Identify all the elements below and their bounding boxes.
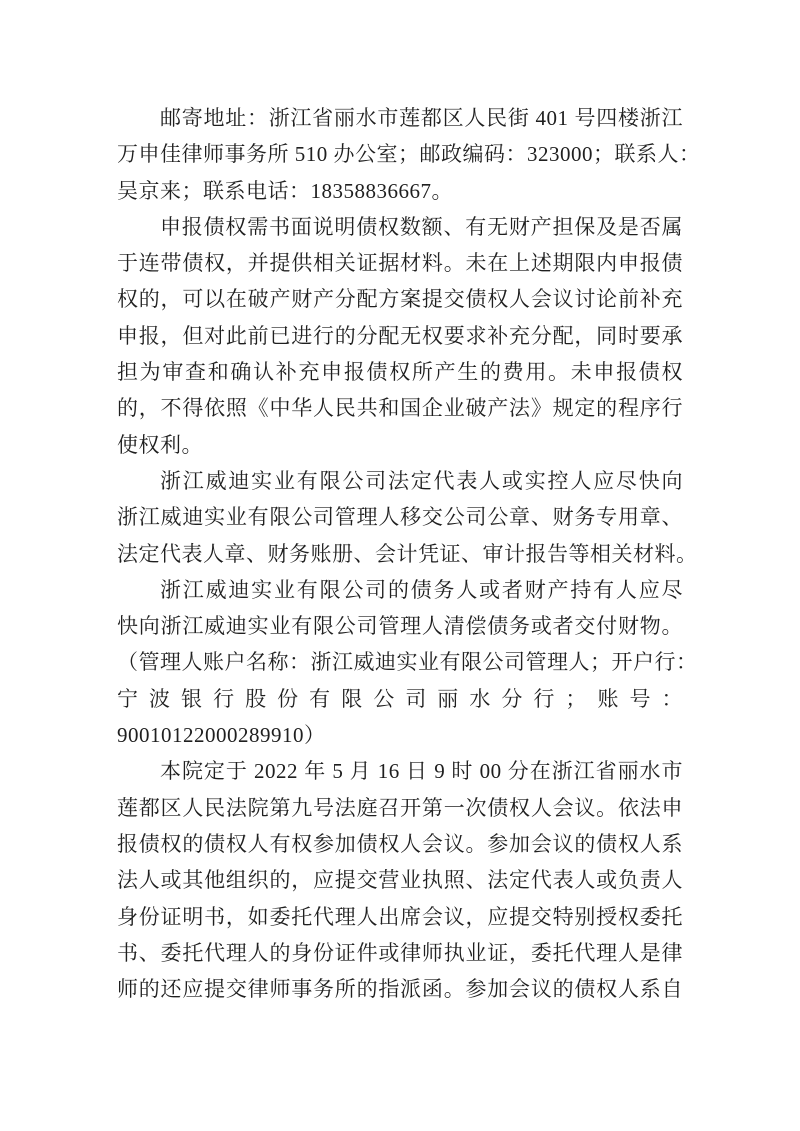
text-line: 90010122000289910）: [117, 717, 683, 753]
text-line: 担为审查和确认补充申报债权所产生的费用。未申报债权: [117, 354, 683, 390]
text-line: 书、委托代理人的身份证件或律师执业证，委托代理人是律: [117, 935, 683, 971]
text-line: 浙江威迪实业有限公司管理人移交公司公章、财务专用章、: [117, 499, 683, 535]
text-line: 法人或其他组织的，应提交营业执照、法定代表人或负责人: [117, 862, 683, 898]
text-line: （管理人账户名称：浙江威迪实业有限公司管理人；开户行：: [117, 644, 683, 680]
text-line: 申报，但对此前已进行的分配无权要求补充分配，同时要承: [117, 318, 683, 354]
text-line: 莲都区人民法院第九号法庭召开第一次债权人会议。依法申: [117, 790, 683, 826]
text-line: 快向浙江威迪实业有限公司管理人清偿债务或者交付财物。: [117, 608, 683, 644]
text-line: 万申佳律师事务所 510 办公室；邮政编码：323000；联系人：: [117, 136, 683, 172]
text-line: 权的，可以在破产财产分配方案提交债权人会议讨论前补充: [117, 281, 683, 317]
text-line: 宁波银行股份有限公司丽水分行；账号：: [117, 681, 683, 717]
text-line: 使权利。: [117, 427, 683, 463]
text-line: 本院定于 2022 年 5 月 16 日 9 时 00 分在浙江省丽水市: [117, 753, 683, 789]
text-line: 邮寄地址：浙江省丽水市莲都区人民街 401 号四楼浙江: [117, 100, 683, 136]
text-line: 师的还应提交律师事务所的指派函。参加会议的债权人系自: [117, 971, 683, 1007]
text-line: 申报债权需书面说明债权数额、有无财产担保及是否属: [117, 209, 683, 245]
text-line: 的，不得依照《中华人民共和国企业破产法》规定的程序行: [117, 390, 683, 426]
document-body: 邮寄地址：浙江省丽水市莲都区人民街 401 号四楼浙江万申佳律师事务所 510 …: [117, 100, 683, 1007]
text-line: 法定代表人章、财务账册、会计凭证、审计报告等相关材料。: [117, 536, 683, 572]
text-line: 报债权的债权人有权参加债权人会议。参加会议的债权人系: [117, 826, 683, 862]
text-line: 浙江威迪实业有限公司的债务人或者财产持有人应尽: [117, 572, 683, 608]
text-line: 身份证明书，如委托代理人出席会议，应提交特别授权委托: [117, 899, 683, 935]
text-line: 于连带债权，并提供相关证据材料。未在上述期限内申报债: [117, 245, 683, 281]
text-line: 浙江威迪实业有限公司法定代表人或实控人应尽快向: [117, 463, 683, 499]
text-line: 吴京来；联系电话：18358836667。: [117, 173, 683, 209]
document-page: 邮寄地址：浙江省丽水市莲都区人民街 401 号四楼浙江万申佳律师事务所 510 …: [0, 0, 800, 1131]
